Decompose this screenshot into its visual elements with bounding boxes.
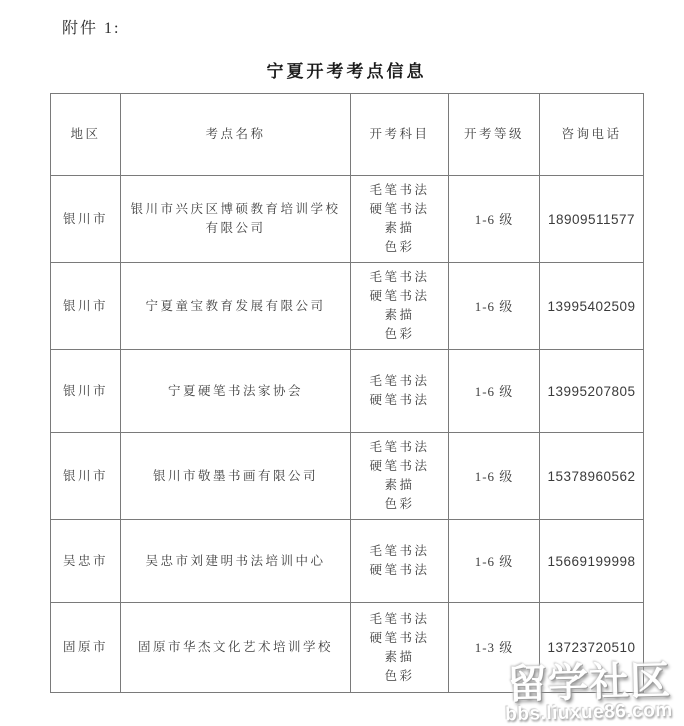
subject-line: 毛笔书法 [355, 181, 444, 200]
subject-line: 素描 [355, 219, 444, 238]
subject-line: 毛笔书法 [355, 372, 444, 391]
subject-line: 色彩 [355, 325, 444, 344]
site-name-cell: 吴忠市刘建明书法培训中心 [121, 520, 351, 603]
exam-sites-table: 地区考点名称开考科目开考等级咨询电话 银川市银川市兴庆区博硕教育培训学校有限公司… [50, 93, 644, 693]
levels-cell: 1-6 级 [449, 520, 540, 603]
phone-cell: 15378960562 [540, 433, 644, 520]
table-row: 吴忠市吴忠市刘建明书法培训中心毛笔书法硬笔书法1-6 级15669199998 [51, 520, 644, 603]
table-row: 银川市银川市兴庆区博硕教育培训学校有限公司毛笔书法硬笔书法素描色彩1-6 级18… [51, 176, 644, 263]
column-header: 开考等级 [449, 94, 540, 176]
subject-line: 毛笔书法 [355, 610, 444, 629]
levels-cell: 1-6 级 [449, 433, 540, 520]
column-header: 地区 [51, 94, 121, 176]
phone-cell: 13995402509 [540, 263, 644, 350]
column-header: 开考科目 [351, 94, 449, 176]
subjects-cell: 毛笔书法硬笔书法素描色彩 [351, 263, 449, 350]
subjects-cell: 毛笔书法硬笔书法 [351, 350, 449, 433]
region-cell: 银川市 [51, 433, 121, 520]
subject-line: 色彩 [355, 495, 444, 514]
levels-cell: 1-6 级 [449, 176, 540, 263]
watermark-url: bbs.liuxue86.com [494, 700, 684, 726]
page-title: 宁夏开考考点信息 [50, 57, 643, 82]
subject-line: 硬笔书法 [355, 561, 444, 580]
levels-cell: 1-3 级 [449, 603, 540, 693]
subjects-cell: 毛笔书法硬笔书法素描色彩 [351, 603, 449, 693]
subject-line: 硬笔书法 [355, 629, 444, 648]
table-row: 银川市银川市敬墨书画有限公司毛笔书法硬笔书法素描色彩1-6 级153789605… [51, 433, 644, 520]
region-cell: 银川市 [51, 176, 121, 263]
site-name-cell: 固原市华杰文化艺术培训学校 [121, 603, 351, 693]
site-name-cell: 银川市兴庆区博硕教育培训学校有限公司 [121, 176, 351, 263]
subject-line: 素描 [355, 648, 444, 667]
subject-line: 毛笔书法 [355, 542, 444, 561]
table-header-row: 地区考点名称开考科目开考等级咨询电话 [51, 94, 644, 176]
phone-cell: 13995207805 [540, 350, 644, 433]
site-name-cell: 宁夏童宝教育发展有限公司 [121, 263, 351, 350]
region-cell: 银川市 [51, 350, 121, 433]
subject-line: 毛笔书法 [355, 438, 444, 457]
phone-cell: 13723720510 [540, 603, 644, 693]
subject-line: 硬笔书法 [355, 391, 444, 410]
subject-line: 毛笔书法 [355, 268, 444, 287]
table-row: 银川市宁夏童宝教育发展有限公司毛笔书法硬笔书法素描色彩1-6 级13995402… [51, 263, 644, 350]
subject-line: 硬笔书法 [355, 200, 444, 219]
subject-line: 色彩 [355, 667, 444, 686]
table-row: 银川市宁夏硬笔书法家协会毛笔书法硬笔书法1-6 级13995207805 [51, 350, 644, 433]
subject-line: 素描 [355, 306, 444, 325]
region-cell: 固原市 [51, 603, 121, 693]
table-row: 固原市固原市华杰文化艺术培训学校毛笔书法硬笔书法素描色彩1-3 级1372372… [51, 603, 644, 693]
levels-cell: 1-6 级 [449, 350, 540, 433]
site-name-cell: 宁夏硬笔书法家协会 [121, 350, 351, 433]
subjects-cell: 毛笔书法硬笔书法素描色彩 [351, 433, 449, 520]
subjects-cell: 毛笔书法硬笔书法 [351, 520, 449, 603]
table-body: 银川市银川市兴庆区博硕教育培训学校有限公司毛笔书法硬笔书法素描色彩1-6 级18… [51, 176, 644, 693]
levels-cell: 1-6 级 [449, 263, 540, 350]
region-cell: 吴忠市 [51, 520, 121, 603]
column-header: 考点名称 [121, 94, 351, 176]
subject-line: 硬笔书法 [355, 287, 444, 306]
subjects-cell: 毛笔书法硬笔书法素描色彩 [351, 176, 449, 263]
region-cell: 银川市 [51, 263, 121, 350]
subject-line: 硬笔书法 [355, 457, 444, 476]
subject-line: 色彩 [355, 238, 444, 257]
phone-cell: 18909511577 [540, 176, 644, 263]
site-name-cell: 银川市敬墨书画有限公司 [121, 433, 351, 520]
subject-line: 素描 [355, 476, 444, 495]
document-page: 附件 1: 宁夏开考考点信息 地区考点名称开考科目开考等级咨询电话 银川市银川市… [0, 0, 684, 726]
attachment-label: 附件 1: [62, 15, 120, 38]
phone-cell: 15669199998 [540, 520, 644, 603]
column-header: 咨询电话 [540, 94, 644, 176]
